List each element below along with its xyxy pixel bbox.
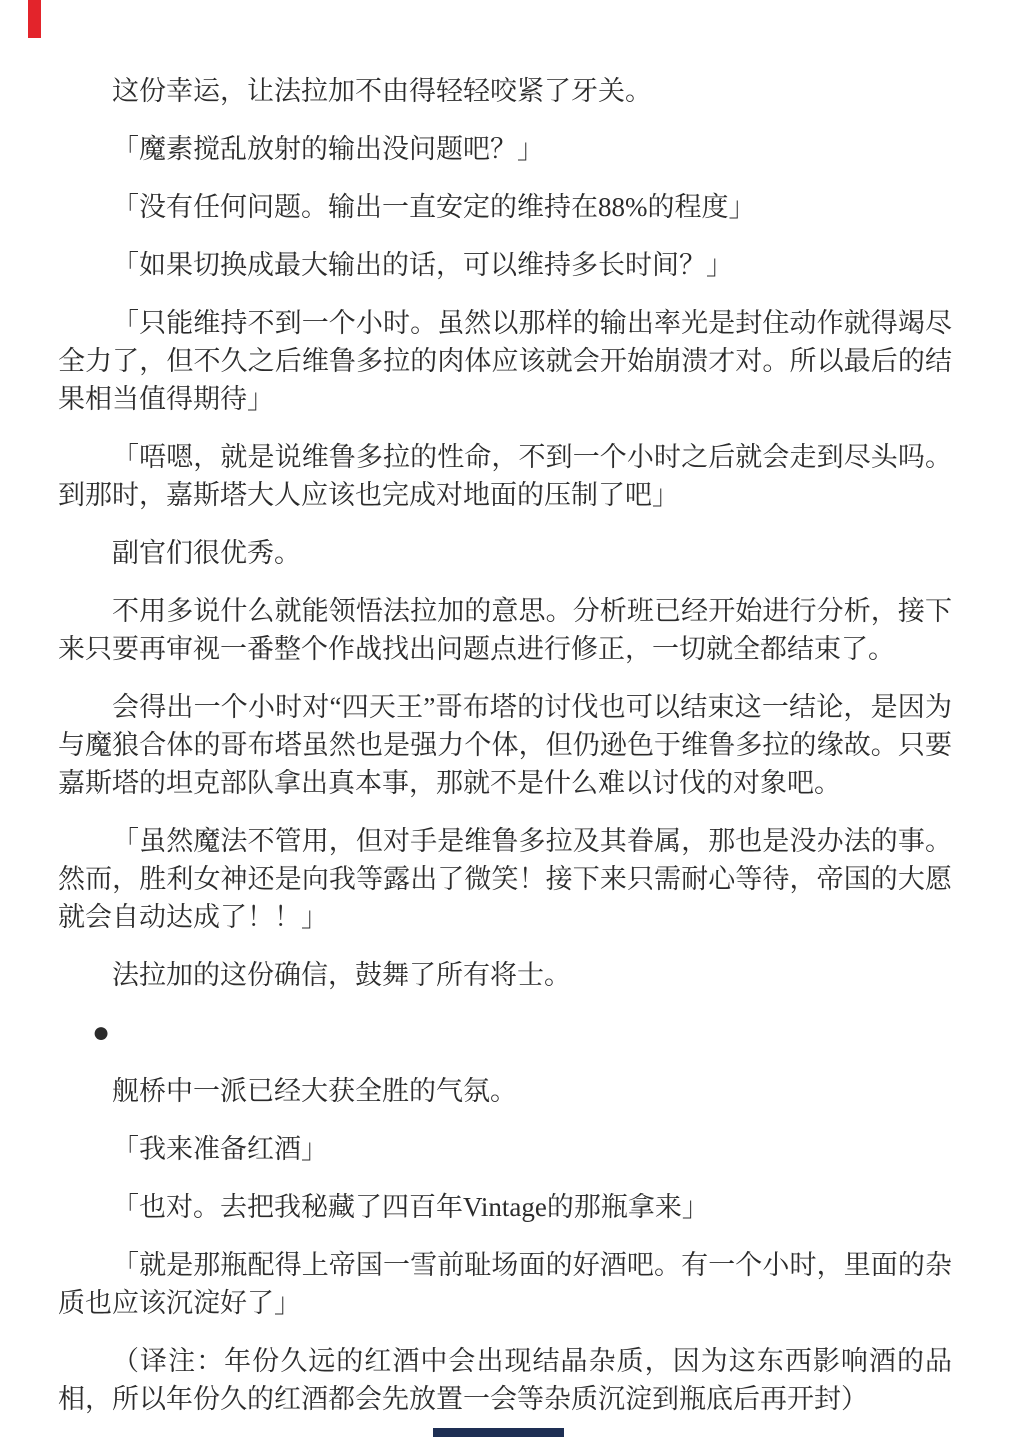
- paragraph-dialogue: 「没有任何问题。输出一直安定的维持在88%的程度」: [58, 188, 952, 226]
- progress-indicator-bar: [433, 1428, 564, 1437]
- paragraph-dialogue: 「就是那瓶配得上帝国一雪前耻场面的好酒吧。有一个小时，里面的杂质也应该沉淀好了」: [58, 1246, 952, 1322]
- paragraph-narration: 会得出一个小时对“四天王”哥布塔的讨伐也可以结束这一结论，是因为与魔狼合体的哥布…: [58, 688, 952, 802]
- novel-page: 这份幸运，让法拉加不由得轻轻咬紧了牙关。「魔素搅乱放射的输出没问题吧？」「没有任…: [0, 0, 1017, 1437]
- paragraph-narration: 法拉加的这份确信，鼓舞了所有将士。: [58, 956, 952, 994]
- paragraph-narration: 不用多说什么就能领悟法拉加的意思。分析班已经开始进行分析，接下来只要再审视一番整…: [58, 592, 952, 668]
- paragraph-note: （译注：年份久远的红酒中会出现结晶杂质，因为这东西影响酒的品相，所以年份久的红酒…: [58, 1342, 952, 1418]
- paragraph-narration: 副官们很优秀。: [58, 534, 952, 572]
- text-content: 这份幸运，让法拉加不由得轻轻咬紧了牙关。「魔素搅乱放射的输出没问题吧？」「没有任…: [58, 72, 952, 1437]
- paragraph-dialogue: 「虽然魔法不管用，但对手是维鲁多拉及其眷属，那也是没办法的事。然而，胜利女神还是…: [58, 822, 952, 936]
- paragraph-dialogue: 「也对。去把我秘藏了四百年Vintage的那瓶拿来」: [58, 1188, 952, 1226]
- bookmark-ribbon: [28, 0, 41, 38]
- paragraph-dialogue: 「我来准备红酒」: [58, 1130, 952, 1168]
- paragraph-narration: 舰桥中一派已经大获全胜的气氛。: [58, 1072, 952, 1110]
- paragraph-separator: ●: [58, 1014, 952, 1052]
- paragraph-dialogue: 「只能维持不到一个小时。虽然以那样的输出率光是封住动作就得竭尽全力了，但不久之后…: [58, 304, 952, 418]
- paragraph-dialogue: 「唔嗯，就是说维鲁多拉的性命，不到一个小时之后就会走到尽头吗。到那时，嘉斯塔大人…: [58, 438, 952, 514]
- paragraph-narration: 这份幸运，让法拉加不由得轻轻咬紧了牙关。: [58, 72, 952, 110]
- paragraph-dialogue: 「如果切换成最大输出的话，可以维持多长时间？」: [58, 246, 952, 284]
- paragraph-dialogue: 「魔素搅乱放射的输出没问题吧？」: [58, 130, 952, 168]
